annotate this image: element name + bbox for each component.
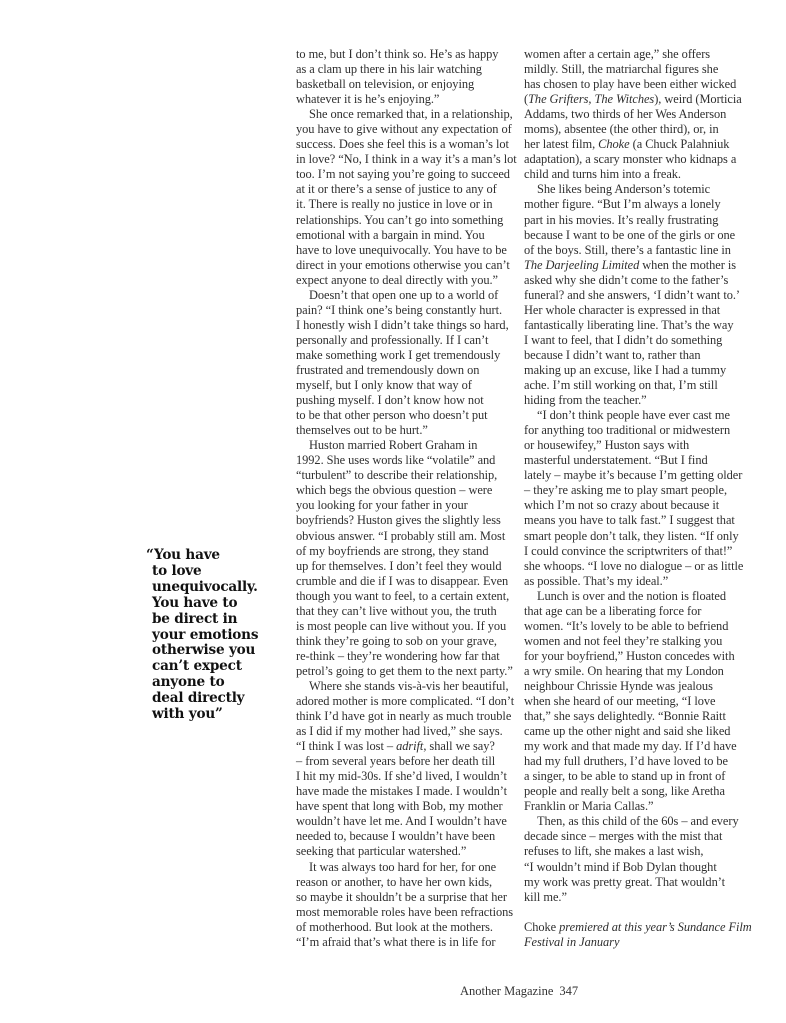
page-footer: Another Magazine347 [460, 984, 578, 999]
text-line: came up the other night and said she lik… [524, 724, 762, 739]
text-line: child and turns him into a freak. [524, 167, 762, 182]
italic-title: premiered at this year’s Sundance Film [556, 920, 752, 934]
text-line: re-think – they’re wondering how far tha… [296, 649, 528, 664]
text-line: neighbour Chrissie Hynde was jealous [524, 679, 762, 694]
text-line: adaptation), a scary monster who kidnaps… [524, 152, 762, 167]
pull-quote-line: be direct in [146, 612, 268, 628]
text-line: up for themselves. I don’t feel they wou… [296, 559, 528, 574]
text-line: She likes being Anderson’s totemic [524, 182, 762, 197]
text-line: obvious answer. “I probably still am. Mo… [296, 529, 528, 544]
text-line: She once remarked that, in a relationshi… [296, 107, 528, 122]
text-line: means you have to talk fast.” I suggest … [524, 513, 762, 528]
text-line: “I think I was lost – adrift, shall we s… [296, 739, 528, 754]
text-line: emotional with a bargain in mind. You [296, 228, 528, 243]
text-line: – from several years before her death ti… [296, 754, 528, 769]
text-line: I hit my mid-30s. If she’d lived, I woul… [296, 769, 528, 784]
text-line: because I didn’t want to, rather than [524, 348, 762, 363]
text-line: my work was pretty great. That wouldn’t [524, 875, 762, 890]
text-line: of the boys. Still, there’s a fantastic … [524, 243, 762, 258]
text-line: (The Grifters, The Witches), weird (Mort… [524, 92, 762, 107]
pull-quote-line: to love [146, 564, 268, 580]
text-line: that,” she says delightedly. “Bonnie Rai… [524, 709, 762, 724]
text-line: have to love unequivocally. You have to … [296, 243, 528, 258]
text-line: funeral? and she answers, ‘I didn’t want… [524, 288, 762, 303]
text-line: as a clam up there in his lair watching [296, 62, 528, 77]
text-line: Then, as this child of the 60s – and eve… [524, 814, 762, 829]
text-line: “I don’t think people have ever cast me [524, 408, 762, 423]
text-line: “I wouldn’t mind if Bob Dylan thought [524, 860, 762, 875]
text-line: think I’d have got in nearly as much tro… [296, 709, 528, 724]
pull-quote-line: deal directly [146, 691, 268, 707]
pull-quote-line: your emotions [146, 628, 268, 644]
text-line: because I want to be one of the girls or… [524, 228, 762, 243]
text-line: frustrated and tremendously down on [296, 363, 528, 378]
text-line: though you want to feel, to a certain ex… [296, 589, 528, 604]
article-paragraph: Lunch is over and the notion is floatedt… [524, 589, 762, 815]
article-paragraph: She likes being Anderson’s totemicmother… [524, 182, 762, 408]
pull-quote: “You have to love unequivocally. You hav… [146, 548, 268, 723]
pull-quote-line: anyone to [146, 675, 268, 691]
text-line: or housewifey,” Huston says with [524, 438, 762, 453]
text-line: women after a certain age,” she offers [524, 47, 762, 62]
text-line: is most people can live without you. If … [296, 619, 528, 634]
article-paragraph: She once remarked that, in a relationshi… [296, 107, 528, 288]
pull-quote-line: unequivocally. [146, 580, 268, 596]
text-line: direct in your emotions otherwise you ca… [296, 258, 528, 273]
text-line: Where she stands vis-à-vis her beautiful… [296, 679, 528, 694]
article-paragraph: to me, but I don’t think so. He’s as hap… [296, 47, 528, 107]
text-line: I want to feel, that I didn’t do somethi… [524, 333, 762, 348]
text-line: The Darjeeling Limited when the mother i… [524, 258, 762, 273]
pull-quote-line: You have to [146, 596, 268, 612]
text-line: I could convince the scriptwriters of th… [524, 544, 762, 559]
text-line: women and not feel they’re stalking you [524, 634, 762, 649]
text-line: “turbulent” to describe their relationsh… [296, 468, 528, 483]
film-credit-note: Choke premiered at this year’s Sundance … [524, 920, 762, 950]
text-line: Doesn’t that open one up to a world of [296, 288, 528, 303]
text-line: her latest film, Choke (a Chuck Palahniu… [524, 137, 762, 152]
text-line: to be that other person who doesn’t put [296, 408, 528, 423]
text-line: that they can’t live without you, the tr… [296, 604, 528, 619]
text-line: it. There is really no justice in love o… [296, 197, 528, 212]
text-line: success. Does she feel this is a woman’s… [296, 137, 528, 152]
page-number: 347 [559, 984, 578, 998]
text-line: so maybe it shouldn’t be a surprise that… [296, 890, 528, 905]
text-line: when she heard of our meeting, “I love [524, 694, 762, 709]
text-line: 1992. She uses words like “volatile” and [296, 453, 528, 468]
text-line: ache. I’m still working on that, I’m sti… [524, 378, 762, 393]
text-line: making up an excuse, like I had a tummy [524, 363, 762, 378]
italic-title: Choke [598, 137, 629, 151]
text-line: themselves out to be hurt.” [296, 423, 528, 438]
text-line: think they’re going to sob on your grave… [296, 634, 528, 649]
article-paragraph: “I don’t think people have ever cast mef… [524, 408, 762, 589]
pull-quote-line: can’t expect [146, 659, 268, 675]
text-line: she whoops. “I love no dialogue – or as … [524, 559, 762, 574]
italic-title: Festival in January [524, 935, 619, 949]
text-line: of my boyfriends are strong, they stand [296, 544, 528, 559]
text-line: whatever it is he’s enjoying.” [296, 92, 528, 107]
text-line: Lunch is over and the notion is floated [524, 589, 762, 604]
italic-title: The Darjeeling Limited [524, 258, 639, 272]
text-line: a singer, to be able to stand up in fron… [524, 769, 762, 784]
text-line: in love? “No, I think in a way it’s a ma… [296, 152, 528, 167]
magazine-page: “You have to love unequivocally. You hav… [0, 0, 786, 1023]
article-paragraph: Then, as this child of the 60s – and eve… [524, 814, 762, 904]
text-line: pushing myself. I don’t know how not [296, 393, 528, 408]
article-paragraph: Doesn’t that open one up to a world ofpa… [296, 288, 528, 438]
article-paragraph: Huston married Robert Graham in1992. She… [296, 438, 528, 679]
article-paragraph: Where she stands vis-à-vis her beautiful… [296, 679, 528, 860]
text-line: fantastically liberating line. That’s th… [524, 318, 762, 333]
text-line: – they’re asking me to play smart people… [524, 483, 762, 498]
text-line: people and really belt a song, like Aret… [524, 784, 762, 799]
text-line: a wry smile. On hearing that my London [524, 664, 762, 679]
text-line: part in his movies. It’s really frustrat… [524, 213, 762, 228]
text-line: Addams, two thirds of her Wes Anderson [524, 107, 762, 122]
text-line: Huston married Robert Graham in [296, 438, 528, 453]
text-line: which I’m not so crazy about because it [524, 498, 762, 513]
text-line: mother figure. “But I’m always a lonely [524, 197, 762, 212]
text-line: asked why she didn’t come to the father’… [524, 273, 762, 288]
pull-quote-line: with you” [146, 707, 268, 723]
text-line: for anything too traditional or midweste… [524, 423, 762, 438]
text-line: most memorable roles have been refractio… [296, 905, 528, 920]
text-line: women. “It’s lovely to be able to befrie… [524, 619, 762, 634]
text-line: crumble and die if I was to disappear. E… [296, 574, 528, 589]
text-line: Choke premiered at this year’s Sundance … [524, 920, 762, 935]
text-line: petrol’s going to get them to the next p… [296, 664, 528, 679]
article-paragraph: It was always too hard for her, for oner… [296, 860, 528, 950]
text-line: expect anyone to deal directly with you.… [296, 273, 528, 288]
text-line: Festival in January [524, 935, 762, 950]
text-line: masterful understatement. “But I find [524, 453, 762, 468]
text-line: relationships. You can’t go into somethi… [296, 213, 528, 228]
text-line: moms), absentee (the other third), or, i… [524, 122, 762, 137]
text-line: at it or there’s a sense of justice to a… [296, 182, 528, 197]
text-line: decade since – merges with the mist that [524, 829, 762, 844]
text-line: needed to, because I wouldn’t have been [296, 829, 528, 844]
text-line: I honestly wish I didn’t take things so … [296, 318, 528, 333]
text-line: smart people don’t talk, they listen. “I… [524, 529, 762, 544]
text-line: wouldn’t have let me. And I wouldn’t hav… [296, 814, 528, 829]
italic-title: The Grifters [528, 92, 588, 106]
text-line: kill me.” [524, 890, 762, 905]
text-line: which begs the obvious question – were [296, 483, 528, 498]
text-line: seeking that particular watershed.” [296, 844, 528, 859]
text-line: reason or another, to have her own kids, [296, 875, 528, 890]
article-column-left: to me, but I don’t think so. He’s as hap… [296, 47, 528, 950]
italic-title: The Witches [595, 92, 655, 106]
text-line: have spent that long with Bob, my mother [296, 799, 528, 814]
text-line: my work and that made my day. If I’d hav… [524, 739, 762, 754]
text-line: Franklin or Maria Callas.” [524, 799, 762, 814]
text-line: hiding from the teacher.” [524, 393, 762, 408]
text-line: refuses to lift, she makes a last wish, [524, 844, 762, 859]
text-line: for your boyfriend,” Huston concedes wit… [524, 649, 762, 664]
text-line: of motherhood. But look at the mothers. [296, 920, 528, 935]
text-line: myself, but I only know that way of [296, 378, 528, 393]
text-line: It was always too hard for her, for one [296, 860, 528, 875]
text-line: pain? “I think one’s being constantly hu… [296, 303, 528, 318]
text-line: to me, but I don’t think so. He’s as hap… [296, 47, 528, 62]
text-line: you have to give without any expectation… [296, 122, 528, 137]
pull-quote-line: otherwise you [146, 643, 268, 659]
pull-quote-line: “You have [146, 548, 268, 564]
text-line: as possible. That’s my ideal.” [524, 574, 762, 589]
text-line: make something work I get tremendously [296, 348, 528, 363]
text-line: has chosen to play have been either wick… [524, 77, 762, 92]
article-column-right: women after a certain age,” she offersmi… [524, 47, 762, 950]
text-line: as I did if my mother had lived,” she sa… [296, 724, 528, 739]
text-line: adored mother is more complicated. “I do… [296, 694, 528, 709]
text-line: have made the mistakes I made. I wouldn’… [296, 784, 528, 799]
text-line: boyfriends? Huston gives the slightly le… [296, 513, 528, 528]
text-line: that age can be a liberating force for [524, 604, 762, 619]
text-line: Her whole character is expressed in that [524, 303, 762, 318]
text-line: you looking for your father in your [296, 498, 528, 513]
text-line: mildly. Still, the matriarchal figures s… [524, 62, 762, 77]
text-line: lately – maybe it’s because I’m getting … [524, 468, 762, 483]
text-line: “I’m afraid that’s what there is in life… [296, 935, 528, 950]
italic-title: adrift [396, 739, 423, 753]
text-line: basketball on television, or enjoying [296, 77, 528, 92]
publication-name: Another Magazine [460, 984, 553, 998]
text-line: too. I’m not saying you’re going to succ… [296, 167, 528, 182]
article-paragraph: women after a certain age,” she offersmi… [524, 47, 762, 182]
text-line: personally and professionally. If I can’… [296, 333, 528, 348]
text-line: had my full druthers, I’d have loved to … [524, 754, 762, 769]
